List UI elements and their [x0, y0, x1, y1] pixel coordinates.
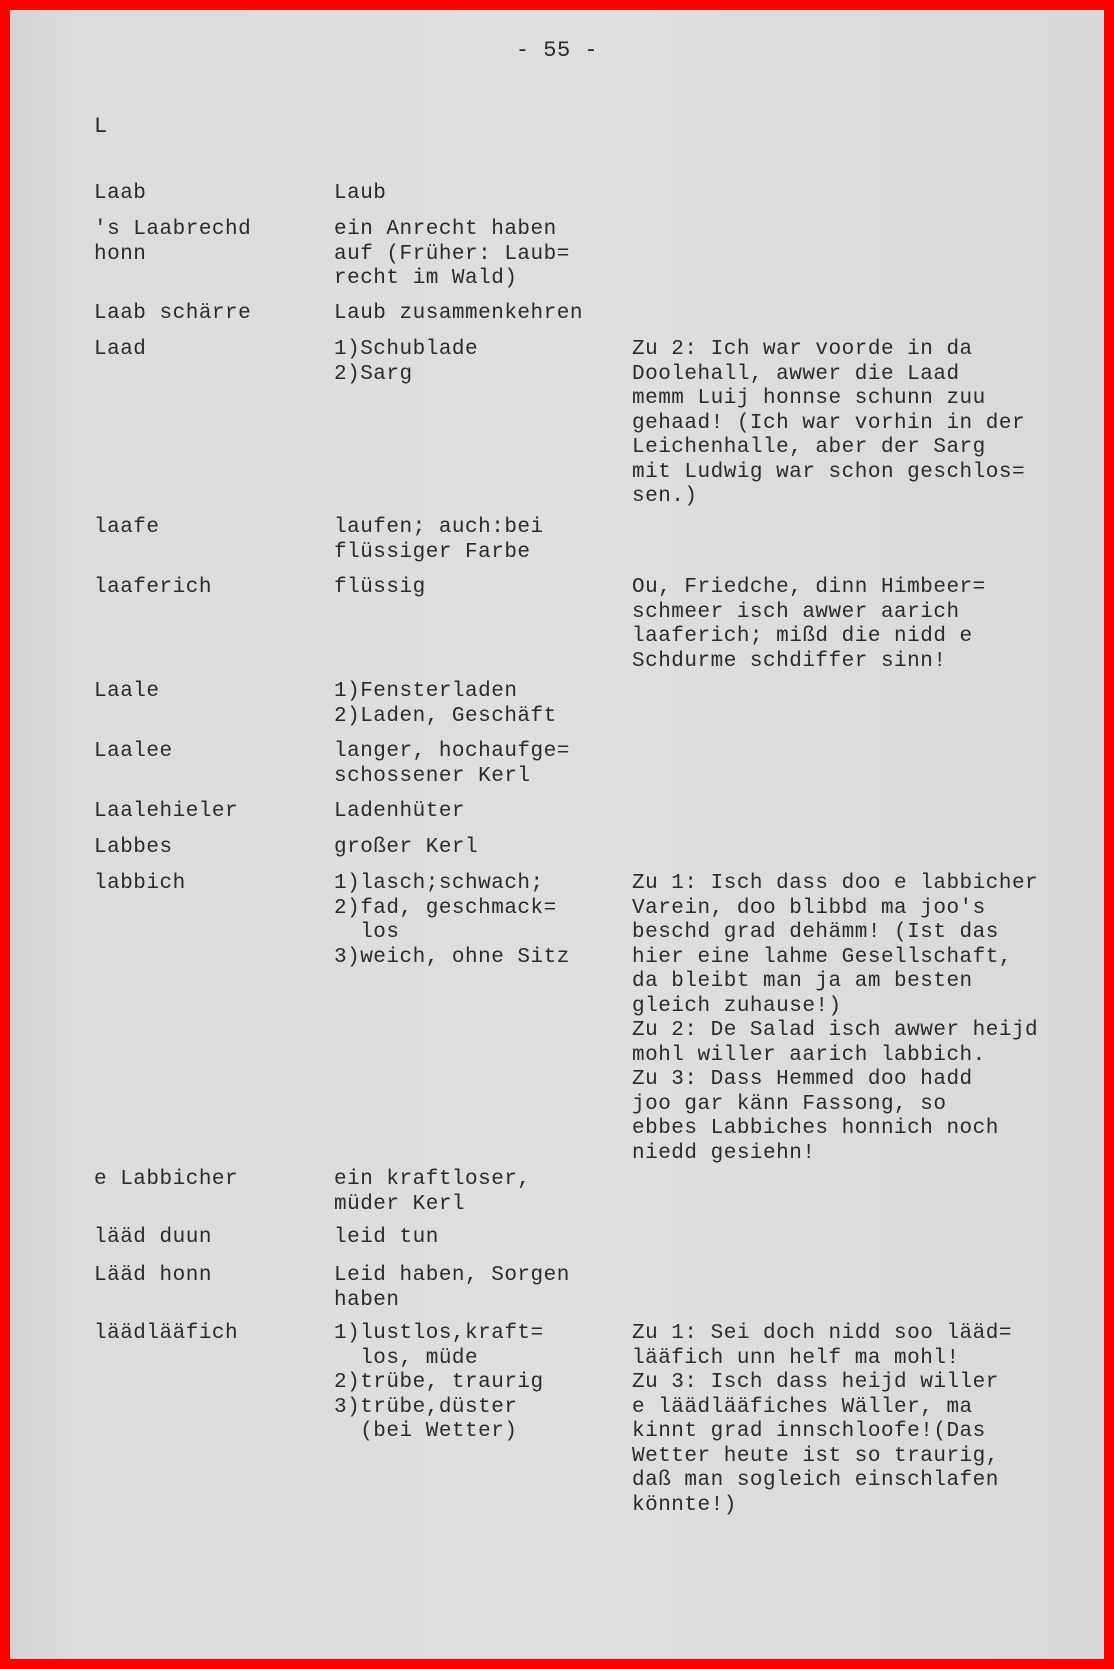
- entry-example-line: Zu 2: De Salad isch awwer heijd: [632, 1019, 1038, 1044]
- entry-definition-line: laufen; auch:bei: [334, 516, 544, 541]
- entry-definition-line: flüssig: [334, 576, 426, 601]
- entry-definition-line: los: [334, 921, 570, 946]
- entry-term-line: Labbes: [94, 836, 173, 861]
- entry-example-line: Wetter heute ist so traurig,: [632, 1445, 1012, 1470]
- entry-term: e Labbicher: [94, 1168, 238, 1193]
- entry-example-line: joo gar känn Fassong, so: [632, 1093, 1038, 1118]
- entry-term: Laalehieler: [94, 800, 238, 825]
- entry-term-line: Laale: [94, 680, 160, 705]
- entry-definition-line: Ladenhüter: [334, 800, 465, 825]
- entry-definition-line: recht im Wald): [334, 267, 570, 292]
- entry-term: laaferich: [94, 576, 212, 601]
- entry-term-line: lääd duun: [94, 1226, 212, 1251]
- entry-example-line: Doolehall, awwer die Laad: [632, 363, 1025, 388]
- entry-term: Labbes: [94, 836, 173, 861]
- entry-term-line: laaferich: [94, 576, 212, 601]
- entry-term: lääd duun: [94, 1226, 212, 1251]
- entry-term: Laale: [94, 680, 160, 705]
- entry-example-line: Zu 2: Ich war voorde in da: [632, 338, 1025, 363]
- entry-definition-line: 2)trübe, traurig: [334, 1371, 544, 1396]
- entry-term-line: labbich: [94, 872, 186, 897]
- entry-term: Laab: [94, 182, 146, 207]
- entry-definition-line: ein kraftloser,: [334, 1168, 531, 1193]
- entry-example-line: beschd grad dehämm! (Ist das: [632, 921, 1038, 946]
- entry-example: Zu 1: Sei doch nidd soo lääd=lääfich unn…: [632, 1322, 1012, 1518]
- entry-example-line: Zu 1: Isch dass doo e labbicher: [632, 872, 1038, 897]
- entry-term-line: Lääd honn: [94, 1264, 212, 1289]
- entry-definition: Laub: [334, 182, 386, 207]
- entry-definition-line: 1)lasch;schwach;: [334, 872, 570, 897]
- entry-definition: ein Anrecht habenauf (Früher: Laub=recht…: [334, 218, 570, 292]
- entry-definition-line: haben: [334, 1289, 570, 1314]
- entry-example-line: kinnt grad innschloofe!(Das: [632, 1420, 1012, 1445]
- entry-definition-line: 1)lustlos,kraft=: [334, 1322, 544, 1347]
- entry-definition: Ladenhüter: [334, 800, 465, 825]
- section-letter: L: [94, 114, 108, 139]
- entry-definition-line: schossener Kerl: [334, 765, 570, 790]
- entry-example-line: niedd gesiehn!: [632, 1142, 1038, 1167]
- entry-example-line: Schdurme schdiffer sinn!: [632, 650, 986, 675]
- entry-definition: ein kraftloser,müder Kerl: [334, 1168, 531, 1217]
- entry-example-line: gleich zuhause!): [632, 995, 1038, 1020]
- entry-definition-line: 1)Fensterladen: [334, 680, 557, 705]
- entry-definition-line: 3)weich, ohne Sitz: [334, 946, 570, 971]
- entry-example: Zu 1: Isch dass doo e labbicherVarein, d…: [632, 872, 1038, 1166]
- entry-definition-line: ein Anrecht haben: [334, 218, 570, 243]
- entry-example-line: da bleibt man ja am besten: [632, 970, 1038, 995]
- entry-term-line: e Labbicher: [94, 1168, 238, 1193]
- entry-definition-line: 2)fad, geschmack=: [334, 897, 570, 922]
- entry-definition: Leid haben, Sorgenhaben: [334, 1264, 570, 1313]
- entry-term-line: 's Laabrechd: [94, 218, 251, 243]
- entry-definition-line: 1)Schublade: [334, 338, 478, 363]
- entry-definition: 1)Schublade2)Sarg: [334, 338, 478, 387]
- entry-term-line: Laalee: [94, 740, 173, 765]
- entry-definition-line: langer, hochaufge=: [334, 740, 570, 765]
- entry-definition: leid tun: [334, 1226, 439, 1251]
- entry-example-line: e läädlääfiches Wäller, ma: [632, 1396, 1012, 1421]
- entry-term: Laalee: [94, 740, 173, 765]
- entry-term: labbich: [94, 872, 186, 897]
- entry-example-line: memm Luij honnse schunn zuu: [632, 387, 1025, 412]
- entry-term: Lääd honn: [94, 1264, 212, 1289]
- entry-term-line: läädlääfich: [94, 1322, 238, 1347]
- entry-term: 's Laabrechdhonn: [94, 218, 251, 267]
- page-number: - 55 -: [10, 38, 1104, 63]
- entry-term: Laab schärre: [94, 302, 251, 327]
- entry-term: laafe: [94, 516, 160, 541]
- document-page: - 55 - L LaabLaub's Laabrechdhonnein Anr…: [10, 10, 1104, 1659]
- entry-term: läädlääfich: [94, 1322, 238, 1347]
- entry-example-line: hier eine lahme Gesellschaft,: [632, 946, 1038, 971]
- entry-definition-line: auf (Früher: Laub=: [334, 243, 570, 268]
- entry-example: Ou, Friedche, dinn Himbeer=schmeer isch …: [632, 576, 986, 674]
- entry-example-line: lääfich unn helf ma mohl!: [632, 1347, 1012, 1372]
- entry-example-line: mohl willer aarich labbich.: [632, 1044, 1038, 1069]
- entry-definition: 1)lustlos,kraft= los, müde2)trübe, traur…: [334, 1322, 544, 1445]
- entry-definition-line: los, müde: [334, 1347, 544, 1372]
- entry-definition: Laub zusammenkehren: [334, 302, 583, 327]
- entry-definition: 1)Fensterladen2)Laden, Geschäft: [334, 680, 557, 729]
- entry-definition-line: Laub zusammenkehren: [334, 302, 583, 327]
- entry-term-line: Laad: [94, 338, 146, 363]
- entry-definition: flüssig: [334, 576, 426, 601]
- entry-term-line: Laab schärre: [94, 302, 251, 327]
- entry-example-line: mit Ludwig war schon geschlos=: [632, 461, 1025, 486]
- entry-example-line: ebbes Labbiches honnich noch: [632, 1117, 1038, 1142]
- entry-definition-line: großer Kerl: [334, 836, 478, 861]
- entry-definition-line: 2)Laden, Geschäft: [334, 705, 557, 730]
- entry-example-line: gehaad! (Ich war vorhin in der: [632, 412, 1025, 437]
- entry-definition: 1)lasch;schwach;2)fad, geschmack= los3)w…: [334, 872, 570, 970]
- entry-example-line: daß man sogleich einschlafen: [632, 1469, 1012, 1494]
- entry-definition: laufen; auch:beiflüssiger Farbe: [334, 516, 544, 565]
- entry-definition-line: 3)trübe,düster: [334, 1396, 544, 1421]
- entry-example-line: schmeer isch awwer aarich: [632, 601, 986, 626]
- entry-example-line: sen.): [632, 485, 1025, 510]
- entry-definition-line: Laub: [334, 182, 386, 207]
- entry-term-line: laafe: [94, 516, 160, 541]
- entry-example-line: könnte!): [632, 1494, 1012, 1519]
- entry-example-line: Varein, doo blibbd ma joo's: [632, 897, 1038, 922]
- entry-definition-line: Leid haben, Sorgen: [334, 1264, 570, 1289]
- entry-example-line: Leichenhalle, aber der Sarg: [632, 436, 1025, 461]
- entry-example-line: Zu 3: Isch dass heijd willer: [632, 1371, 1012, 1396]
- entry-term-line: honn: [94, 243, 251, 268]
- entry-term-line: Laab: [94, 182, 146, 207]
- entry-term: Laad: [94, 338, 146, 363]
- entry-definition-line: müder Kerl: [334, 1193, 531, 1218]
- entry-example-line: laaferich; mißd die nidd e: [632, 625, 986, 650]
- entry-example: Zu 2: Ich war voorde in daDoolehall, aww…: [632, 338, 1025, 510]
- entry-definition-line: leid tun: [334, 1226, 439, 1251]
- entry-example-line: Zu 3: Dass Hemmed doo hadd: [632, 1068, 1038, 1093]
- entry-example-line: Zu 1: Sei doch nidd soo lääd=: [632, 1322, 1012, 1347]
- entry-definition-line: 2)Sarg: [334, 363, 478, 388]
- entry-definition-line: flüssiger Farbe: [334, 541, 544, 566]
- entry-definition: großer Kerl: [334, 836, 478, 861]
- entry-term-line: Laalehieler: [94, 800, 238, 825]
- entry-definition: langer, hochaufge=schossener Kerl: [334, 740, 570, 789]
- entry-example-line: Ou, Friedche, dinn Himbeer=: [632, 576, 986, 601]
- entry-definition-line: (bei Wetter): [334, 1420, 544, 1445]
